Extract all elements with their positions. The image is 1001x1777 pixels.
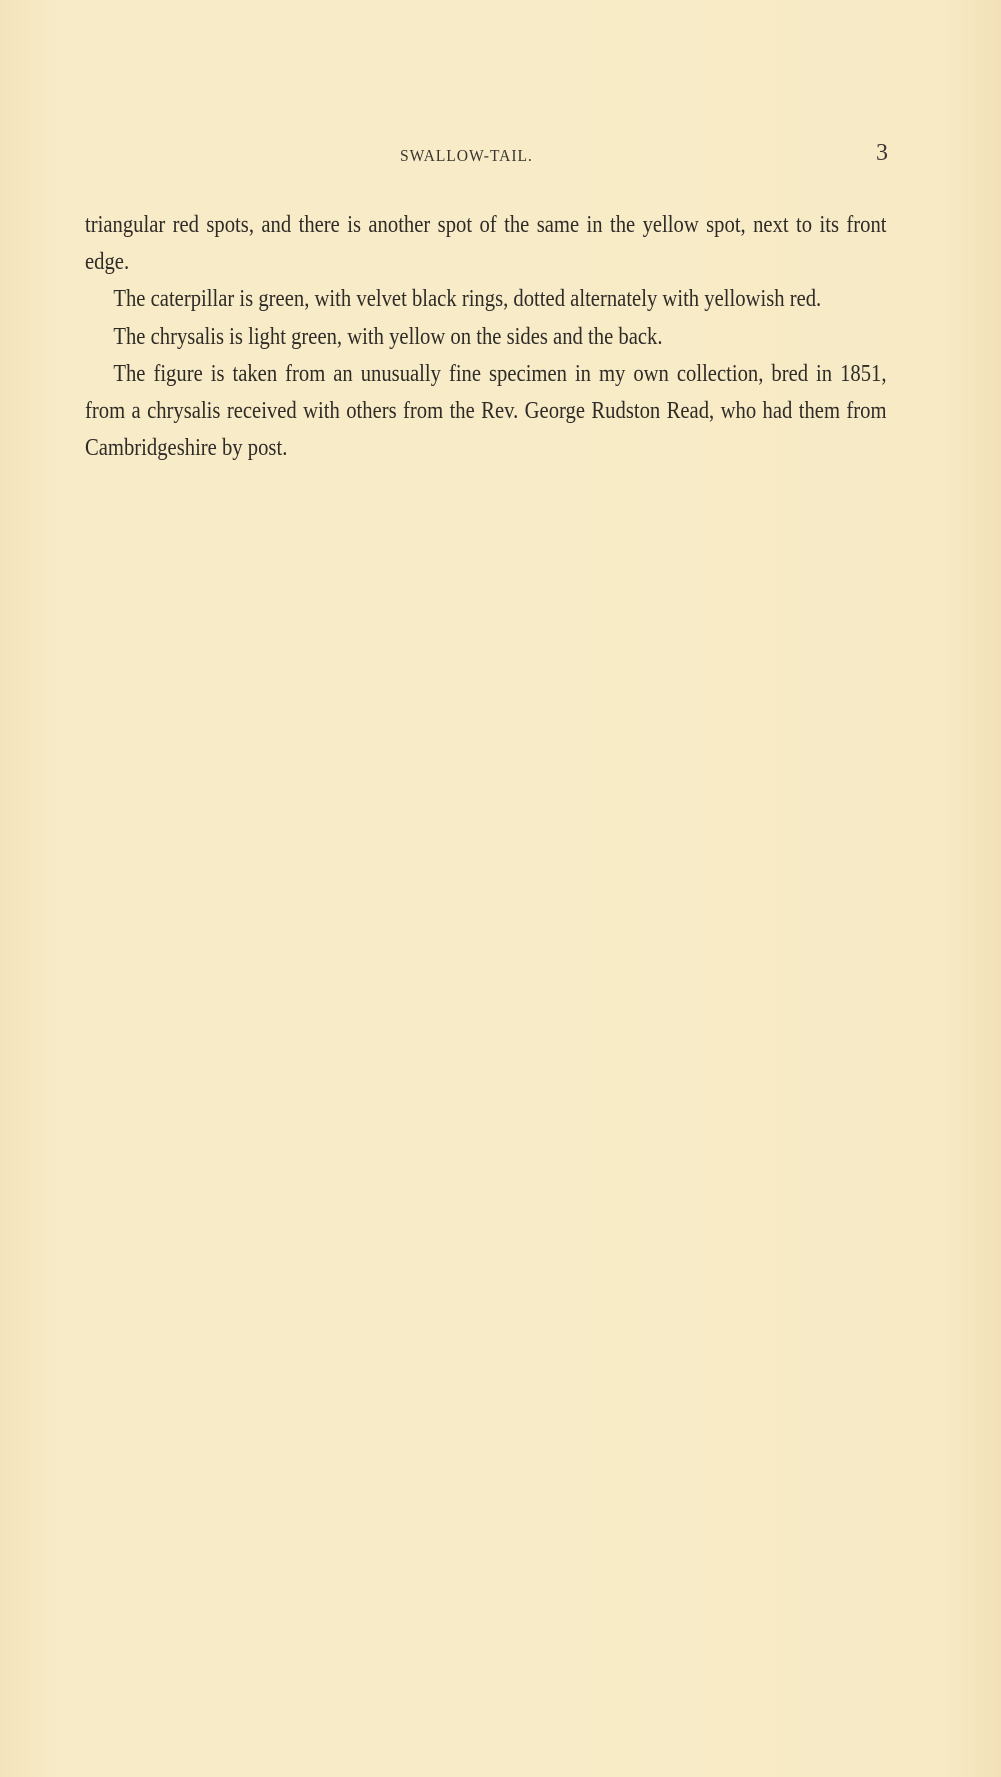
body-text: triangular red spots, and there is anoth… <box>85 207 887 467</box>
chapter-title: SWALLOW-TAIL. <box>400 146 533 166</box>
paragraph-continued: triangular red spots, and there is anoth… <box>85 207 887 281</box>
paragraph-caterpillar: The caterpillar is green, with velvet bl… <box>85 281 887 318</box>
paragraph-chrysalis: The chrysalis is light green, with yello… <box>85 319 887 356</box>
book-page: SWALLOW-TAIL. 3 triangular red spots, an… <box>0 0 1001 1777</box>
running-head: SWALLOW-TAIL. 3 <box>0 140 1001 170</box>
page-number: 3 <box>876 140 888 167</box>
paragraph-figure-source: The figure is taken from an unusually fi… <box>85 356 887 468</box>
